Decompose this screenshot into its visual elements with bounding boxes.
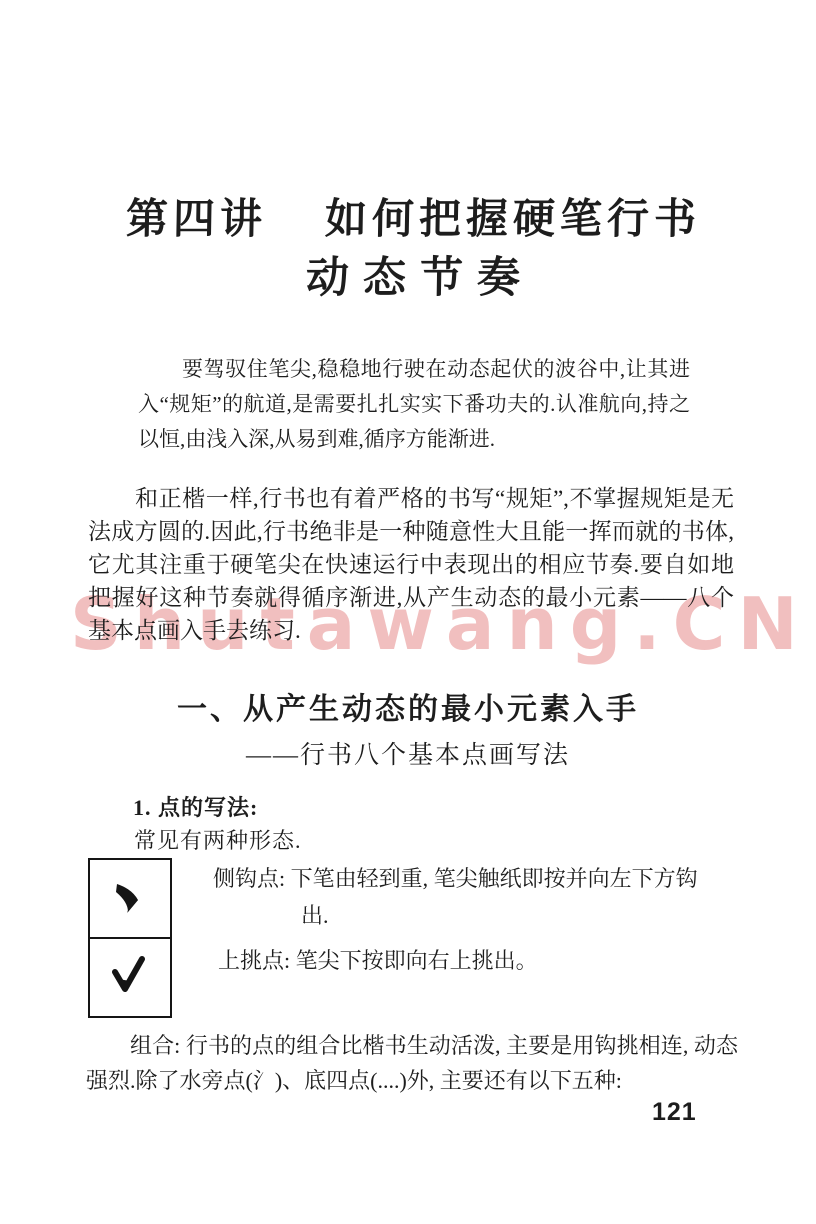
up-flick-dot-description: 上挑点: 笔尖下按即向右上挑出。 bbox=[218, 944, 538, 975]
lesson-number: 第四讲 bbox=[126, 197, 268, 243]
title-text: 如何把握硬笔行书 bbox=[325, 197, 702, 243]
side-hook-dot-description-line2: 出. bbox=[213, 897, 745, 934]
item-note: 常见有两种形态. bbox=[134, 824, 302, 855]
combination-paragraph: 组合: 行书的点的组合比楷书生动活泼, 主要是用钩挑相连, 动态强烈.除了水旁点… bbox=[86, 1028, 738, 1098]
stroke-example-figure bbox=[88, 858, 172, 1018]
section-heading: 一、从产生动态的最小元素入手 bbox=[0, 684, 816, 728]
page-title-line2: 动态节奏 bbox=[305, 244, 534, 305]
intro-quote: 要驾驭住笔尖,稳稳地行驶在动态起伏的波谷中,让其进入“规矩”的航道,是需要扎扎实… bbox=[138, 352, 690, 457]
item-heading-dot-writing: 1. 点的写法: bbox=[133, 791, 258, 822]
section-subtitle: ——行书八个基本点画写法 bbox=[0, 735, 816, 771]
page-number: 121 bbox=[652, 1098, 697, 1127]
stroke-box-up-flick-dot bbox=[88, 939, 172, 1018]
page-title-line1: 第四讲如何把握硬笔行书 bbox=[125, 186, 726, 246]
stroke-box-side-hook-dot bbox=[88, 858, 172, 939]
body-paragraph: 和正楷一样,行书也有着严格的书写“规矩”,不掌握规矩是无法成方圆的.因此,行书绝… bbox=[88, 482, 734, 647]
side-hook-dot-stroke-icon bbox=[90, 860, 170, 937]
scanned-book-page: Shutawang.CN 第四讲如何把握硬笔行书 动态节奏 要驾驭住笔尖,稳稳地… bbox=[0, 0, 816, 1224]
side-hook-dot-description-line1: 侧钩点: 下笔由轻到重, 笔尖触纸即按并向左下方钩 bbox=[213, 866, 698, 891]
up-flick-dot-stroke-icon bbox=[90, 939, 170, 1016]
side-hook-dot-description: 侧钩点: 下笔由轻到重, 笔尖触纸即按并向左下方钩 出. bbox=[213, 860, 745, 934]
